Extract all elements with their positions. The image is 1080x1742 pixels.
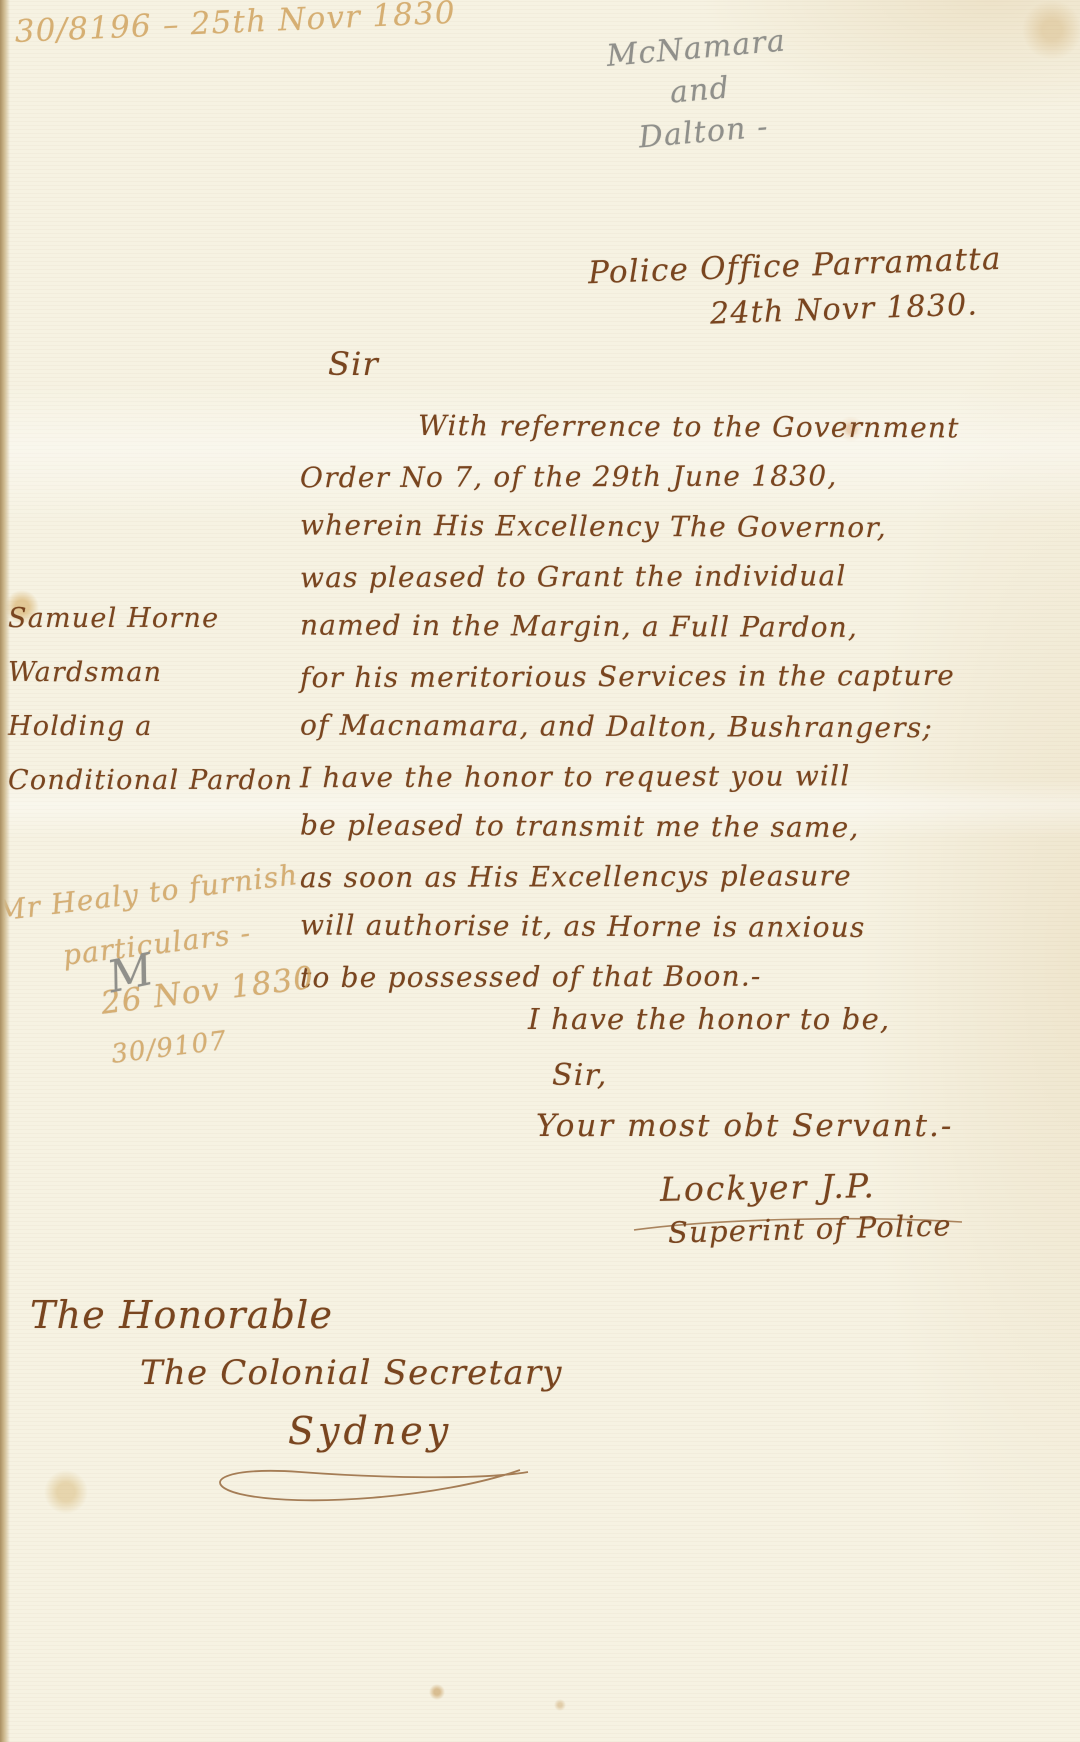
- body-line: wherein His Excellency The Governor,: [300, 500, 990, 553]
- letter-place: Police Office Parramatta: [587, 241, 1002, 291]
- salutation: Sir: [328, 345, 379, 383]
- letter-body: With referrence to the Government Order …: [300, 402, 990, 1002]
- registry-annotation: 30/8196 – 25th Novr 1830: [14, 0, 457, 50]
- letter-page: 30/8196 – 25th Novr 1830 McNamara and Da…: [0, 0, 1080, 1742]
- body-line: will authorise it, as Horne is anxious: [300, 900, 990, 953]
- address-line: The Colonial Secretary: [30, 1344, 563, 1402]
- sydney-underline-flourish: [180, 1458, 540, 1514]
- body-line: named in the Margin, a Full Pardon,: [300, 600, 990, 653]
- signature-name: Lockyer J.P.: [660, 1166, 877, 1209]
- address-line: The Honorable: [30, 1286, 563, 1344]
- closing-line: Sir,: [552, 1058, 608, 1093]
- closing-line: Your most obt Servant.-: [536, 1108, 953, 1144]
- body-line: of Macnamara, and Dalton, Bushrangers;: [300, 700, 990, 753]
- signature-title: Superint of Police: [668, 1208, 953, 1249]
- pencil-docket: McNamara and Dalton -: [515, 13, 885, 170]
- closing-line: I have the honor to be,: [528, 1002, 890, 1036]
- address-line: Sydney: [30, 1402, 563, 1460]
- body-line: With referrence to the Government: [300, 400, 990, 453]
- margin-subject-line: Holding a: [8, 700, 293, 754]
- margin-note-minute: Mr Healy to furnish particulars - 26 Nov…: [0, 849, 324, 1093]
- body-line: was pleased to Grant the individual: [300, 551, 990, 603]
- body-line: Order No 7, of the 29th June 1830,: [300, 451, 990, 503]
- body-line: to be possessed of that Boon.-: [300, 951, 990, 1003]
- margin-note-subject: Samuel Horne Wardsman Holding a Conditio…: [8, 592, 293, 808]
- margin-subject-line: Samuel Horne: [8, 592, 293, 646]
- body-line: as soon as His Excellencys pleasure: [300, 851, 990, 903]
- margin-subject-line: Wardsman: [8, 646, 293, 700]
- address-block: The Honorable The Colonial Secretary Syd…: [30, 1286, 563, 1460]
- letter-date: 24th Novr 1830.: [709, 287, 978, 331]
- body-line: I have the honor to request you will: [300, 751, 990, 803]
- body-line: for his meritorious Services in the capt…: [300, 651, 990, 703]
- body-line: be pleased to transmit me the same,: [300, 800, 990, 853]
- margin-subject-line: Conditional Pardon: [8, 754, 293, 808]
